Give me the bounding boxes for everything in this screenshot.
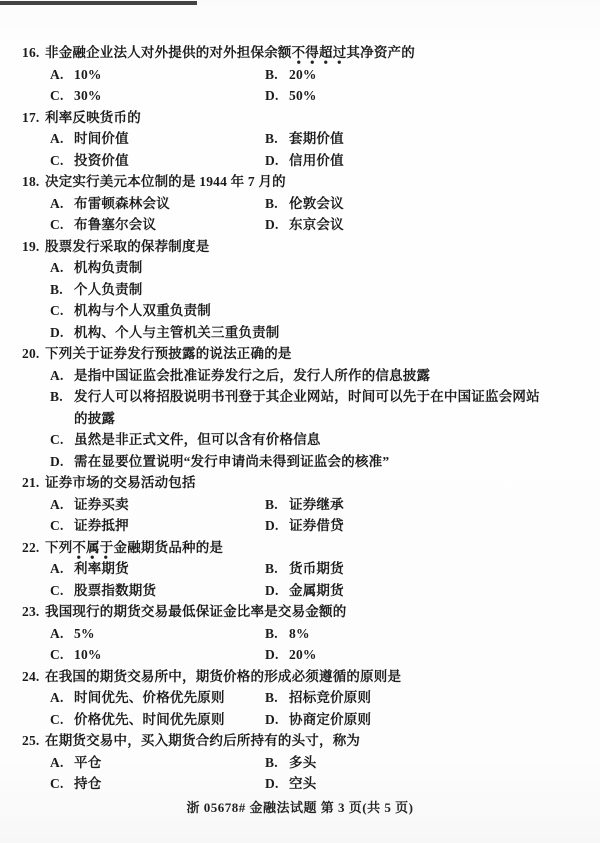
option-text: 利率期货 <box>74 558 265 580</box>
option-text: 5% <box>74 623 265 645</box>
option-label: D. <box>265 709 289 731</box>
option-A: A.时间价值 <box>50 128 265 150</box>
question-16: 16.非金融企业法人对外提供的对外担保余额不得超过其净资产的A.10%B.20%… <box>0 42 600 107</box>
question-stem: 17.利率反映货币的 <box>0 107 600 129</box>
question-stem-text: 下列关于证券发行预披露的说法正确的是 <box>45 343 600 365</box>
option-A: A.证券买卖 <box>50 494 265 516</box>
question-stem-text: 非金融企业法人对外提供的对外担保余额不得超过其净资产的 <box>45 42 600 64</box>
option-text-line: 发行人可以将招股说明书刊登于其企业网站，时间可以先于在中国证监会网站 <box>74 386 579 408</box>
question-stem: 18.决定实行美元本位制的是 1944 年 7 月的 <box>0 171 600 193</box>
option-label: D. <box>265 773 289 795</box>
option-label: D. <box>265 580 289 602</box>
option-D: D.机构、个人与主管机关三重负责制 <box>50 322 600 344</box>
option-text: 机构负责制 <box>74 257 579 279</box>
option-text: 东京会议 <box>289 214 600 236</box>
option-B: B.招标竞价原则 <box>265 687 600 709</box>
option-text: 个人负责制 <box>74 279 579 301</box>
option-text: 是指中国证监会批准证券发行之后，发行人所作的信息披露 <box>74 365 579 387</box>
option-text: 招标竞价原则 <box>289 687 600 709</box>
option-text: 多头 <box>289 752 600 774</box>
option-text: 虽然是非正式文件，但可以含有价格信息 <box>74 429 579 451</box>
question-stem: 21.证券市场的交易活动包括 <box>0 472 600 494</box>
question-25: 25.在期货交易中，买入期货合约后所持有的头寸，称为A.平仓B.多头C.持仓D.… <box>0 730 600 795</box>
option-A: A.利率期货 <box>50 558 265 580</box>
option-B: B.8% <box>265 623 600 645</box>
option-label: C. <box>50 515 74 537</box>
option-label: A. <box>50 257 74 279</box>
option-B: B.发行人可以将招股说明书刊登于其企业网站，时间可以先于在中国证监会网站的披露 <box>50 386 600 429</box>
exam-page: 16.非金融企业法人对外提供的对外担保余额不得超过其净资产的A.10%B.20%… <box>0 0 600 843</box>
options: A.利率期货B.货币期货C.股票指数期货D.金属期货 <box>0 558 600 601</box>
option-label: C. <box>50 150 74 172</box>
option-label: C. <box>50 300 74 322</box>
question-19: 19.股票发行采取的保荐制度是A.机构负责制B.个人负责制C.机构与个人双重负责… <box>0 236 600 344</box>
question-number: 23. <box>22 601 45 623</box>
stem-text-part: 我国现行的期货交易最低保证金比率是交易金额的 <box>45 604 346 619</box>
option-B: B.伦敦会议 <box>265 193 600 215</box>
option-text: 10% <box>74 644 265 666</box>
question-stem-text: 股票发行采取的保荐制度是 <box>45 236 600 258</box>
stem-emphasized-text: 不属于 <box>72 540 113 560</box>
option-text: 布雷顿森林会议 <box>74 193 265 215</box>
option-text: 证券借贷 <box>289 515 600 537</box>
option-label: B. <box>265 128 289 150</box>
option-D: D.需在显要位置说明“发行申请尚未得到证监会的核准” <box>50 451 600 473</box>
option-text: 证券买卖 <box>74 494 265 516</box>
option-text: 套期价值 <box>289 128 600 150</box>
option-D: D.证券借贷 <box>265 515 600 537</box>
option-label: C. <box>50 429 74 451</box>
option-label: B. <box>265 193 289 215</box>
option-label: C. <box>50 580 74 602</box>
stem-text-part: 利率反映货币的 <box>45 110 141 125</box>
options: A.是指中国证监会批准证券发行之后，发行人所作的信息披露B.发行人可以将招股说明… <box>0 365 600 473</box>
option-label: A. <box>50 558 74 580</box>
option-text: 20% <box>289 64 600 86</box>
option-text: 20% <box>289 644 600 666</box>
option-text: 时间价值 <box>74 128 265 150</box>
option-text: 持仓 <box>74 773 265 795</box>
option-label: C. <box>50 85 74 107</box>
stem-text-part: 在期货交易中，买入期货合约后所持有的头寸，称为 <box>45 733 360 748</box>
option-D: D.东京会议 <box>265 214 600 236</box>
question-stem: 20.下列关于证券发行预披露的说法正确的是 <box>0 343 600 365</box>
question-stem: 19.股票发行采取的保荐制度是 <box>0 236 600 258</box>
option-text: 股票指数期货 <box>74 580 265 602</box>
option-label: A. <box>50 687 74 709</box>
option-text: 机构、个人与主管机关三重负责制 <box>74 322 579 344</box>
option-label: C. <box>50 644 74 666</box>
option-D: D.金属期货 <box>265 580 600 602</box>
question-stem-text: 决定实行美元本位制的是 1944 年 7 月的 <box>45 171 600 193</box>
option-text-line: 的披露 <box>74 408 579 430</box>
stem-text-part: 决定实行美元本位制的是 1944 年 7 月的 <box>45 174 286 189</box>
option-label: A. <box>50 365 74 387</box>
option-C: C.机构与个人双重负责制 <box>50 300 600 322</box>
option-label: D. <box>265 85 289 107</box>
option-label: D. <box>50 451 74 473</box>
option-A: A.10% <box>50 64 265 86</box>
option-label: B. <box>265 687 289 709</box>
question-20: 20.下列关于证券发行预披露的说法正确的是A.是指中国证监会批准证券发行之后，发… <box>0 343 600 472</box>
question-stem: 16.非金融企业法人对外提供的对外担保余额不得超过其净资产的 <box>0 42 600 64</box>
stem-emphasized-text: 不得超过 <box>292 45 347 65</box>
option-B: B.证券继承 <box>265 494 600 516</box>
question-21: 21.证券市场的交易活动包括A.证券买卖B.证券继承C.证券抵押D.证券借贷 <box>0 472 600 537</box>
option-text: 平仓 <box>74 752 265 774</box>
question-17: 17.利率反映货币的A.时间价值B.套期价值C.投资价值D.信用价值 <box>0 107 600 172</box>
option-label: D. <box>265 214 289 236</box>
question-number: 25. <box>22 730 45 752</box>
option-text: 协商定价原则 <box>289 709 600 731</box>
option-C: C.投资价值 <box>50 150 265 172</box>
option-B: B.套期价值 <box>265 128 600 150</box>
option-C: C.证券抵押 <box>50 515 265 537</box>
option-D: D.50% <box>265 85 600 107</box>
option-text: 布鲁塞尔会议 <box>74 214 265 236</box>
option-label: B. <box>50 279 74 301</box>
option-C: C.股票指数期货 <box>50 580 265 602</box>
option-label: B. <box>265 752 289 774</box>
question-24: 24.在我国的期货交易所中，期货价格的形成必须遵循的原则是A.时间优先、价格优先… <box>0 666 600 731</box>
option-label: A. <box>50 752 74 774</box>
option-C: C.30% <box>50 85 265 107</box>
question-23: 23.我国现行的期货交易最低保证金比率是交易金额的A.5%B.8%C.10%D.… <box>0 601 600 666</box>
option-label: B. <box>50 386 74 429</box>
stem-text-part: 下列 <box>45 540 72 555</box>
question-number: 17. <box>22 107 45 129</box>
question-stem-text: 我国现行的期货交易最低保证金比率是交易金额的 <box>45 601 600 623</box>
question-stem-text: 下列不属于金融期货品种的是 <box>45 537 600 559</box>
option-text: 30% <box>74 85 265 107</box>
question-stem: 24.在我国的期货交易所中，期货价格的形成必须遵循的原则是 <box>0 666 600 688</box>
question-number: 19. <box>22 236 45 258</box>
option-C: C.虽然是非正式文件，但可以含有价格信息 <box>50 429 600 451</box>
option-text: 证券继承 <box>289 494 600 516</box>
option-A: A.布雷顿森林会议 <box>50 193 265 215</box>
question-number: 16. <box>22 42 45 64</box>
options: A.5%B.8%C.10%D.20% <box>0 623 600 666</box>
question-number: 22. <box>22 537 45 559</box>
option-text: 时间优先、价格优先原则 <box>74 687 265 709</box>
option-label: D. <box>265 515 289 537</box>
question-18: 18.决定实行美元本位制的是 1944 年 7 月的A.布雷顿森林会议B.伦敦会… <box>0 171 600 236</box>
options: A.机构负责制B.个人负责制C.机构与个人双重负责制D.机构、个人与主管机关三重… <box>0 257 600 343</box>
option-A: A.平仓 <box>50 752 265 774</box>
option-label: A. <box>50 128 74 150</box>
option-label: D. <box>265 150 289 172</box>
page-footer: 浙 05678# 金融法试题 第 3 页(共 5 页) <box>0 798 600 818</box>
option-label: C. <box>50 214 74 236</box>
option-label: D. <box>50 322 74 344</box>
stem-text-part: 金融期货品种的是 <box>114 540 224 555</box>
question-list: 16.非金融企业法人对外提供的对外担保余额不得超过其净资产的A.10%B.20%… <box>0 42 600 818</box>
option-text: 机构与个人双重负责制 <box>74 300 579 322</box>
option-label: B. <box>265 558 289 580</box>
stem-text-part: 非金融企业法人对外提供的对外担保余额 <box>45 45 292 60</box>
question-stem-text: 在期货交易中，买入期货合约后所持有的头寸，称为 <box>45 730 600 752</box>
option-A: A.机构负责制 <box>50 257 600 279</box>
option-text: 货币期货 <box>289 558 600 580</box>
option-text: 投资价值 <box>74 150 265 172</box>
option-A: A.时间优先、价格优先原则 <box>50 687 265 709</box>
question-stem: 23.我国现行的期货交易最低保证金比率是交易金额的 <box>0 601 600 623</box>
question-stem: 22.下列不属于金融期货品种的是 <box>0 537 600 559</box>
options: A.时间价值B.套期价值C.投资价值D.信用价值 <box>0 128 600 171</box>
option-text: 发行人可以将招股说明书刊登于其企业网站，时间可以先于在中国证监会网站的披露 <box>74 386 579 429</box>
option-B: B.货币期货 <box>265 558 600 580</box>
option-D: D.20% <box>265 644 600 666</box>
question-stem-text: 在我国的期货交易所中，期货价格的形成必须遵循的原则是 <box>45 666 600 688</box>
option-label: B. <box>265 623 289 645</box>
option-text: 信用价值 <box>289 150 600 172</box>
question-22: 22.下列不属于金融期货品种的是A.利率期货B.货币期货C.股票指数期货D.金属… <box>0 537 600 602</box>
stem-text-part: 下列关于证券发行预披露的说法正确的是 <box>45 346 292 361</box>
option-text: 需在显要位置说明“发行申请尚未得到证监会的核准” <box>74 451 579 473</box>
options: A.10%B.20%C.30%D.50% <box>0 64 600 107</box>
option-text: 8% <box>289 623 600 645</box>
options: A.布雷顿森林会议B.伦敦会议C.布鲁塞尔会议D.东京会议 <box>0 193 600 236</box>
option-text: 50% <box>289 85 600 107</box>
option-label: B. <box>265 494 289 516</box>
option-label: C. <box>50 773 74 795</box>
option-B: B.20% <box>265 64 600 86</box>
option-label: A. <box>50 494 74 516</box>
stem-text-part: 股票发行采取的保荐制度是 <box>45 239 209 254</box>
option-D: D.信用价值 <box>265 150 600 172</box>
stem-text-part: 证券市场的交易活动包括 <box>45 475 196 490</box>
options: A.时间优先、价格优先原则B.招标竞价原则C.价格优先、时间优先原则D.协商定价… <box>0 687 600 730</box>
option-C: C.持仓 <box>50 773 265 795</box>
option-D: D.协商定价原则 <box>265 709 600 731</box>
question-number: 21. <box>22 472 45 494</box>
option-label: B. <box>265 64 289 86</box>
option-B: B.个人负责制 <box>50 279 600 301</box>
option-text: 证券抵押 <box>74 515 265 537</box>
option-text: 空头 <box>289 773 600 795</box>
option-B: B.多头 <box>265 752 600 774</box>
option-text: 伦敦会议 <box>289 193 600 215</box>
stem-text-part: 其净资产的 <box>346 45 415 60</box>
option-label: A. <box>50 623 74 645</box>
option-text: 价格优先、时间优先原则 <box>74 709 265 731</box>
option-A: A.是指中国证监会批准证券发行之后，发行人所作的信息披露 <box>50 365 600 387</box>
option-label: D. <box>265 644 289 666</box>
option-C: C.价格优先、时间优先原则 <box>50 709 265 731</box>
option-A: A.5% <box>50 623 265 645</box>
option-label: A. <box>50 64 74 86</box>
options: A.证券买卖B.证券继承C.证券抵押D.证券借贷 <box>0 494 600 537</box>
option-C: C.布鲁塞尔会议 <box>50 214 265 236</box>
option-text: 10% <box>74 64 265 86</box>
stem-text-part: 在我国的期货交易所中，期货价格的形成必须遵循的原则是 <box>45 669 401 684</box>
question-number: 18. <box>22 171 45 193</box>
option-label: C. <box>50 709 74 731</box>
scan-artifact-line <box>0 1 197 5</box>
question-number: 24. <box>22 666 45 688</box>
question-number: 20. <box>22 343 45 365</box>
option-C: C.10% <box>50 644 265 666</box>
options: A.平仓B.多头C.持仓D.空头 <box>0 752 600 795</box>
question-stem-text: 证券市场的交易活动包括 <box>45 472 600 494</box>
option-D: D.空头 <box>265 773 600 795</box>
option-text: 金属期货 <box>289 580 600 602</box>
question-stem-text: 利率反映货币的 <box>45 107 600 129</box>
option-label: A. <box>50 193 74 215</box>
question-stem: 25.在期货交易中，买入期货合约后所持有的头寸，称为 <box>0 730 600 752</box>
